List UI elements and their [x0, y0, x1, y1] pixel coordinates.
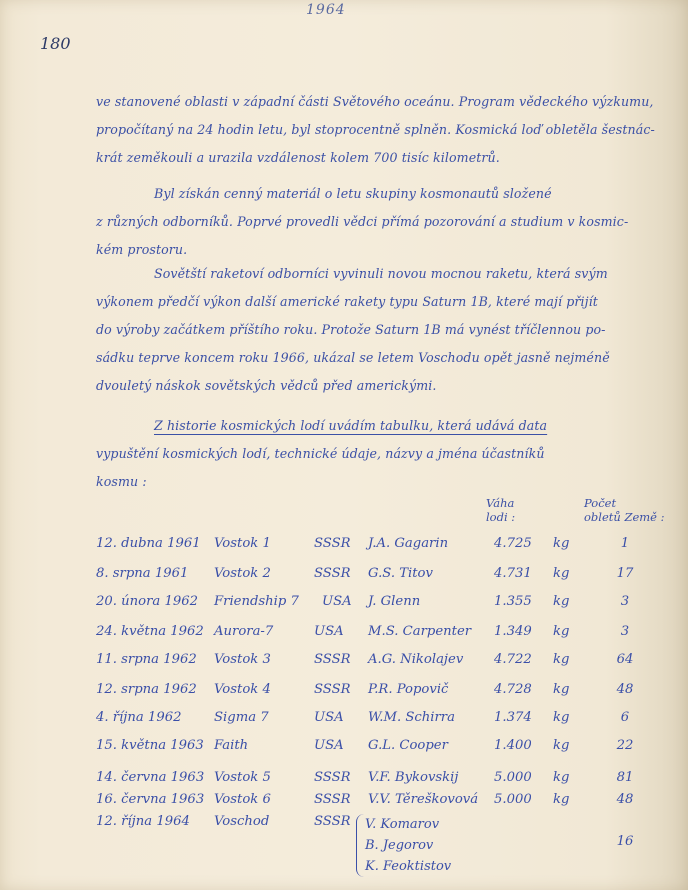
- paragraph-line: Byl získán cenný materiál o letu skupiny…: [96, 180, 656, 208]
- crew-member: B. Jegorov: [365, 835, 451, 856]
- paragraph-3: Sovětští raketoví odborníci vyvinuli nov…: [96, 260, 656, 400]
- paragraph-line: vypuštění kosmických lodí, technické úda…: [96, 440, 656, 468]
- orbits-column-header: Počet obletů Země :: [584, 496, 665, 524]
- crew-group: V. Komarov B. Jegorov K. Feoktistov: [356, 814, 451, 877]
- table-row: 8. srpna 1961 Vostok 2 SSSR G.S. Titov 4…: [96, 566, 676, 592]
- paragraph-4: Z historie kosmických lodí uvádím tabulk…: [96, 412, 656, 496]
- table-row: 20. února 1962 Friendship 7 USA J. Glenn…: [96, 594, 676, 620]
- paragraph-line: dvouletý náskok sovětských vědců před am…: [96, 372, 656, 400]
- year-header: 1964: [306, 2, 346, 18]
- table-row: 4. října 1962 Sigma 7 USA W.M. Schirra 1…: [96, 710, 676, 736]
- handwritten-page: 1964 180 ve stanovené oblasti v západní …: [0, 0, 688, 890]
- paragraph-1: ve stanovené oblasti v západní části Svě…: [96, 88, 656, 172]
- paragraph-line: krát zeměkouli a urazila vzdálenost kole…: [96, 144, 656, 172]
- table-row: 12. dubna 1961 Vostok 1 SSSR J.A. Gagari…: [96, 536, 676, 562]
- paragraph-line: ve stanovené oblasti v západní části Svě…: [96, 88, 656, 116]
- crew-member: K. Feoktistov: [365, 856, 451, 877]
- table-row: 11. srpna 1962 Vostok 3 SSSR A.G. Nikola…: [96, 652, 676, 678]
- paragraph-line: kosmu :: [96, 468, 656, 496]
- paragraph-line: Sovětští raketoví odborníci vyvinuli nov…: [96, 260, 656, 288]
- underlined-heading-line: Z historie kosmických lodí uvádím tabulk…: [96, 412, 656, 440]
- crew-member: V. Komarov: [365, 814, 451, 835]
- table-row: 12. října 1964 Voschod SSSR V. Komarov B…: [96, 814, 676, 884]
- paragraph-line: sádku teprve koncem roku 1966, ukázal se…: [96, 344, 656, 372]
- paragraph-2: Byl získán cenný materiál o letu skupiny…: [96, 180, 656, 264]
- table-row: 15. května 1963 Faith USA G.L. Cooper 1.…: [96, 738, 676, 764]
- weight-column-header: Váha lodi :: [486, 496, 515, 524]
- paragraph-line: z různých odborníků. Poprvé provedli věd…: [96, 208, 656, 236]
- paragraph-line: propočítaný na 24 hodin letu, byl stopro…: [96, 116, 656, 144]
- page-number: 180: [40, 34, 71, 53]
- table-row: 12. srpna 1962 Vostok 4 SSSR P.R. Popovi…: [96, 682, 676, 708]
- table-row: 24. května 1962 Aurora-7 USA M.S. Carpen…: [96, 624, 676, 650]
- paragraph-line: do výroby začátkem příštího roku. Protož…: [96, 316, 656, 344]
- paragraph-line: výkonem předčí výkon další americké rake…: [96, 288, 656, 316]
